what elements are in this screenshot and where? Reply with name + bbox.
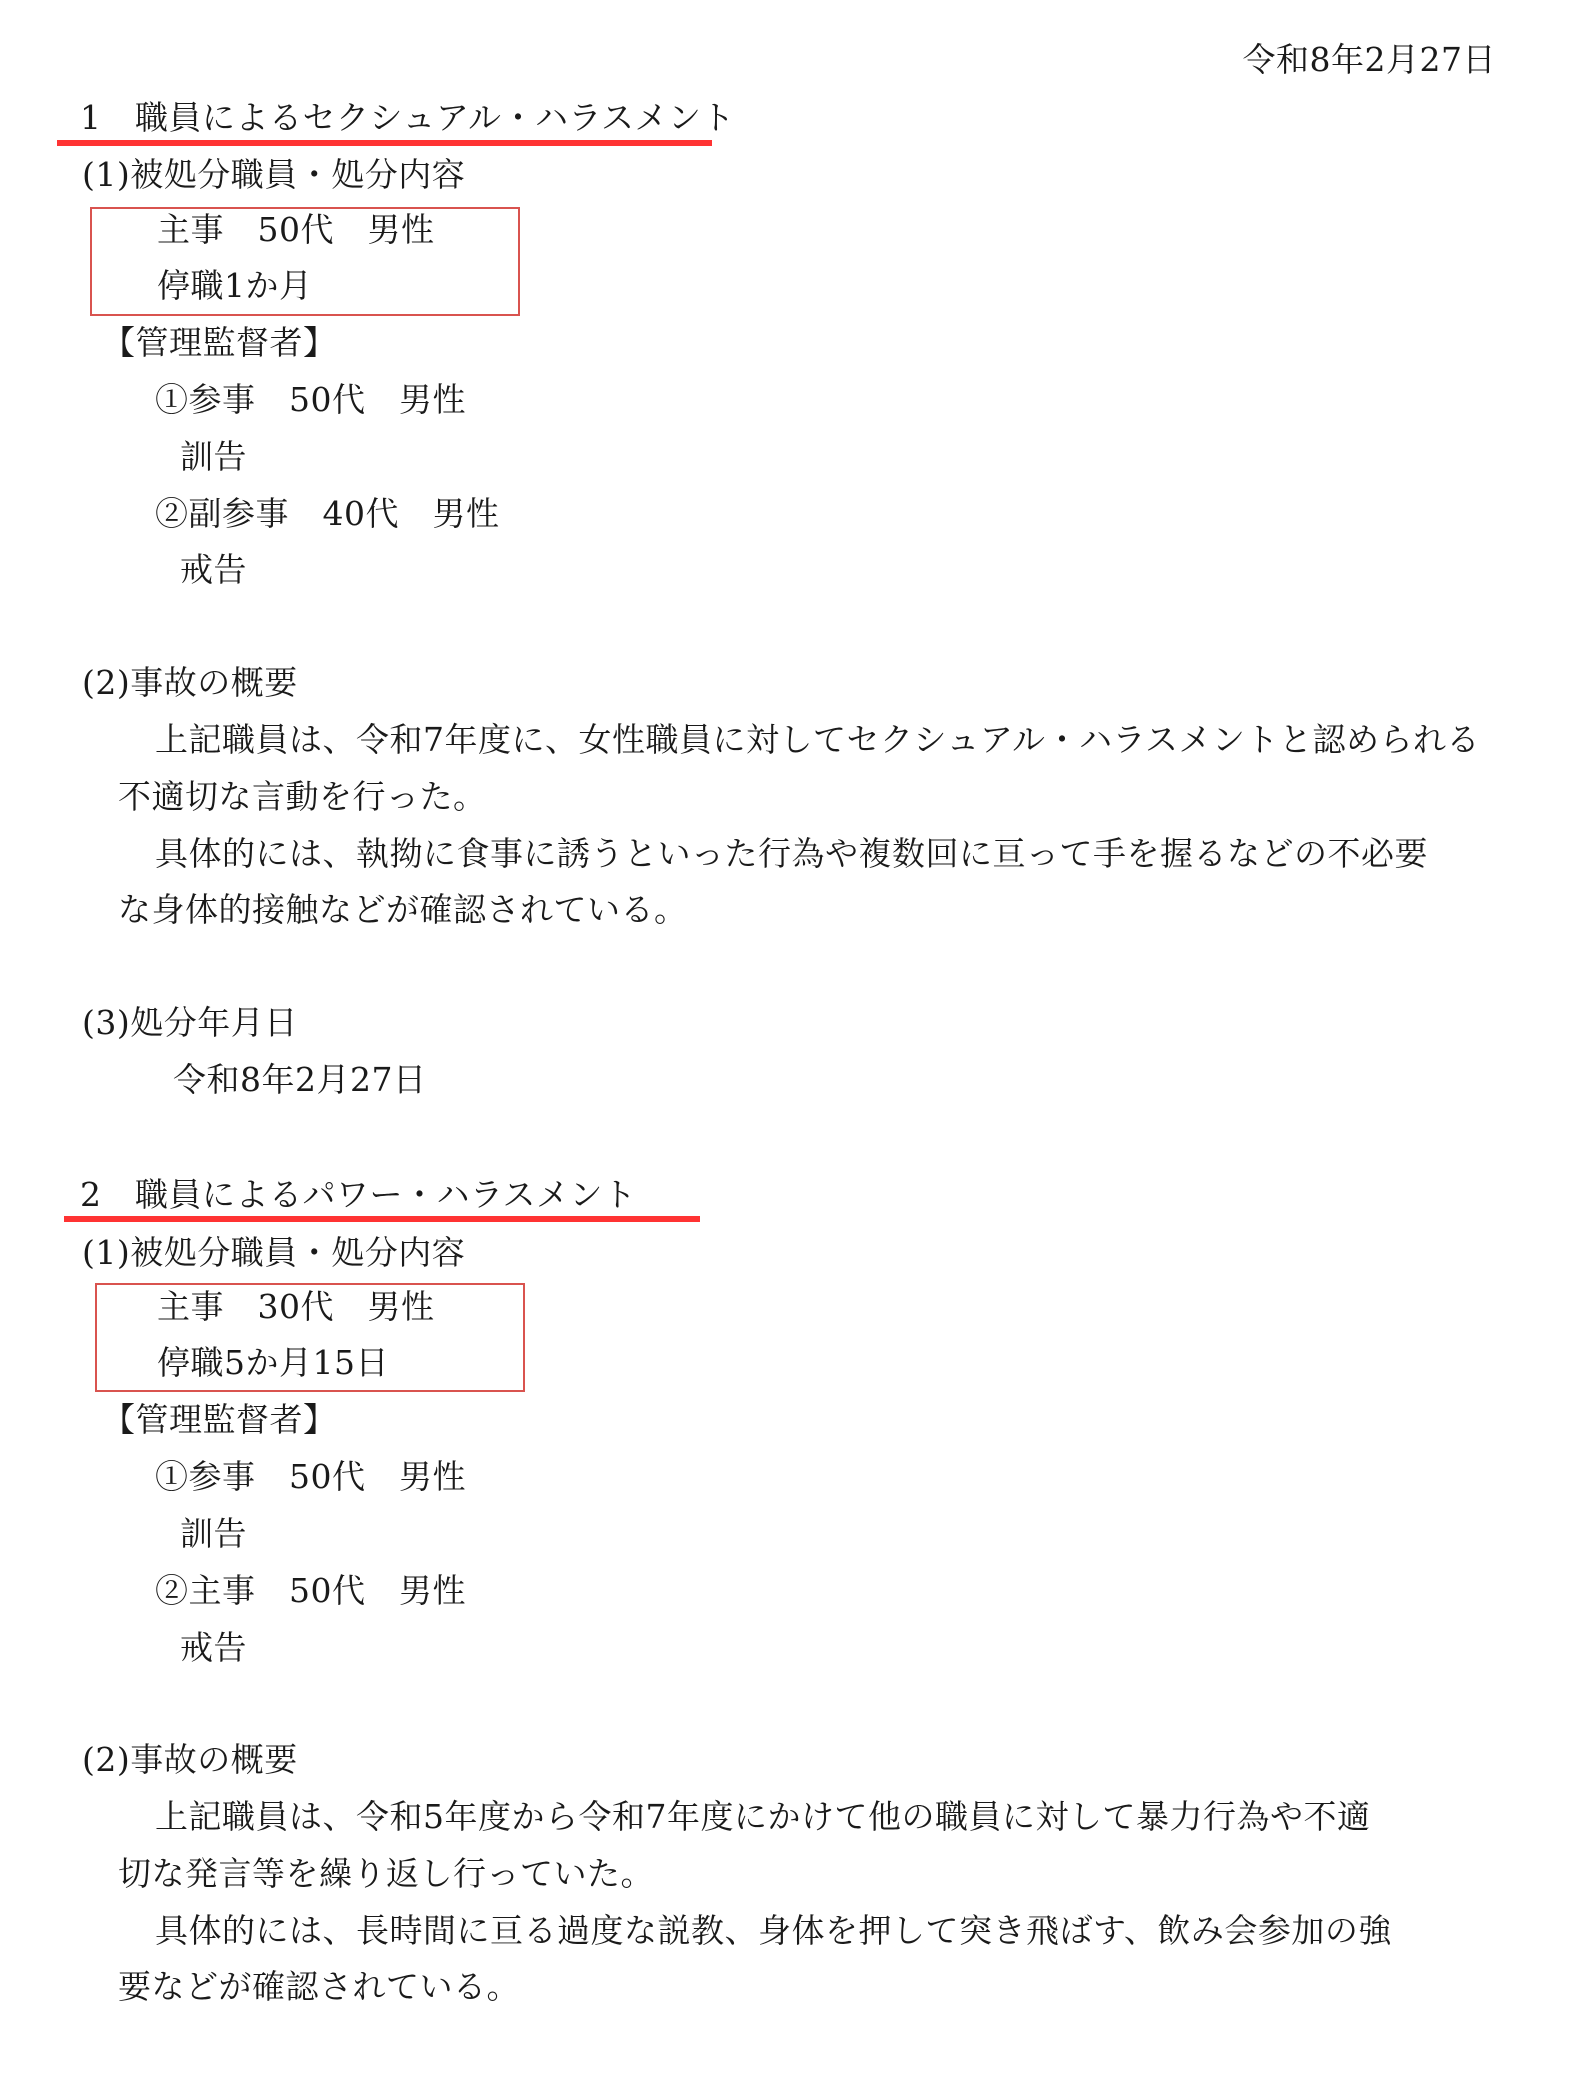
subject-heading: (1)被処分職員・処分内容 xyxy=(82,1233,465,1273)
summary-line: 不適切な言動を行った。 xyxy=(118,777,487,817)
summary-line: 要などが確認されている。 xyxy=(118,1967,520,2007)
summary-line: 上記職員は、令和5年度から令和7年度にかけて他の職員に対して暴力行為や不適 xyxy=(155,1797,1371,1837)
summary-line: な身体的接触などが確認されている。 xyxy=(118,890,688,930)
supervisor-2-penalty: 戒告 xyxy=(180,550,247,590)
heading-underline xyxy=(64,1216,700,1222)
supervisor-2: ②主事 50代 男性 xyxy=(155,1571,466,1611)
subject-heading: (1)被処分職員・処分内容 xyxy=(82,155,465,195)
summary-heading: (2)事故の概要 xyxy=(82,663,298,703)
summary-line: 切な発言等を繰り返し行っていた。 xyxy=(118,1854,654,1894)
disposition-date: 令和8年2月27日 xyxy=(173,1060,426,1100)
summary-line: 上記職員は、令和7年度に、女性職員に対してセクシュアル・ハラスメントと認められる xyxy=(155,720,1480,760)
document-date: 令和8年2月27日 xyxy=(1243,40,1496,80)
section-heading: 1 職員によるセクシュアル・ハラスメント xyxy=(80,98,735,138)
supervisor-1: ①参事 50代 男性 xyxy=(155,380,466,420)
supervisor-1-penalty: 訓告 xyxy=(180,1514,247,1554)
subject-line-1: 主事 50代 男性 xyxy=(157,210,435,250)
summary-line: 具体的には、執拗に食事に誘うといった行為や複数回に亘って手を握るなどの不必要 xyxy=(155,834,1428,874)
subject-line-2: 停職5か月15日 xyxy=(157,1343,389,1383)
supervisor-2: ②副参事 40代 男性 xyxy=(155,494,500,534)
supervisor-2-penalty: 戒告 xyxy=(180,1628,247,1668)
section-heading: 2 職員によるパワー・ハラスメント xyxy=(80,1175,637,1215)
supervisors-heading: 【管理監督者】 xyxy=(102,323,337,363)
disposition-date-heading: (3)処分年月日 xyxy=(82,1003,298,1043)
supervisor-1-penalty: 訓告 xyxy=(180,437,247,477)
subject-line-1: 主事 30代 男性 xyxy=(157,1287,435,1327)
summary-heading: (2)事故の概要 xyxy=(82,1740,298,1780)
subject-line-2: 停職1か月 xyxy=(157,266,313,306)
supervisor-1: ①参事 50代 男性 xyxy=(155,1457,466,1497)
heading-underline xyxy=(57,140,712,146)
summary-line: 具体的には、長時間に亘る過度な説教、身体を押して突き飛ばす、飲み会参加の強 xyxy=(155,1911,1392,1951)
supervisors-heading: 【管理監督者】 xyxy=(102,1400,337,1440)
